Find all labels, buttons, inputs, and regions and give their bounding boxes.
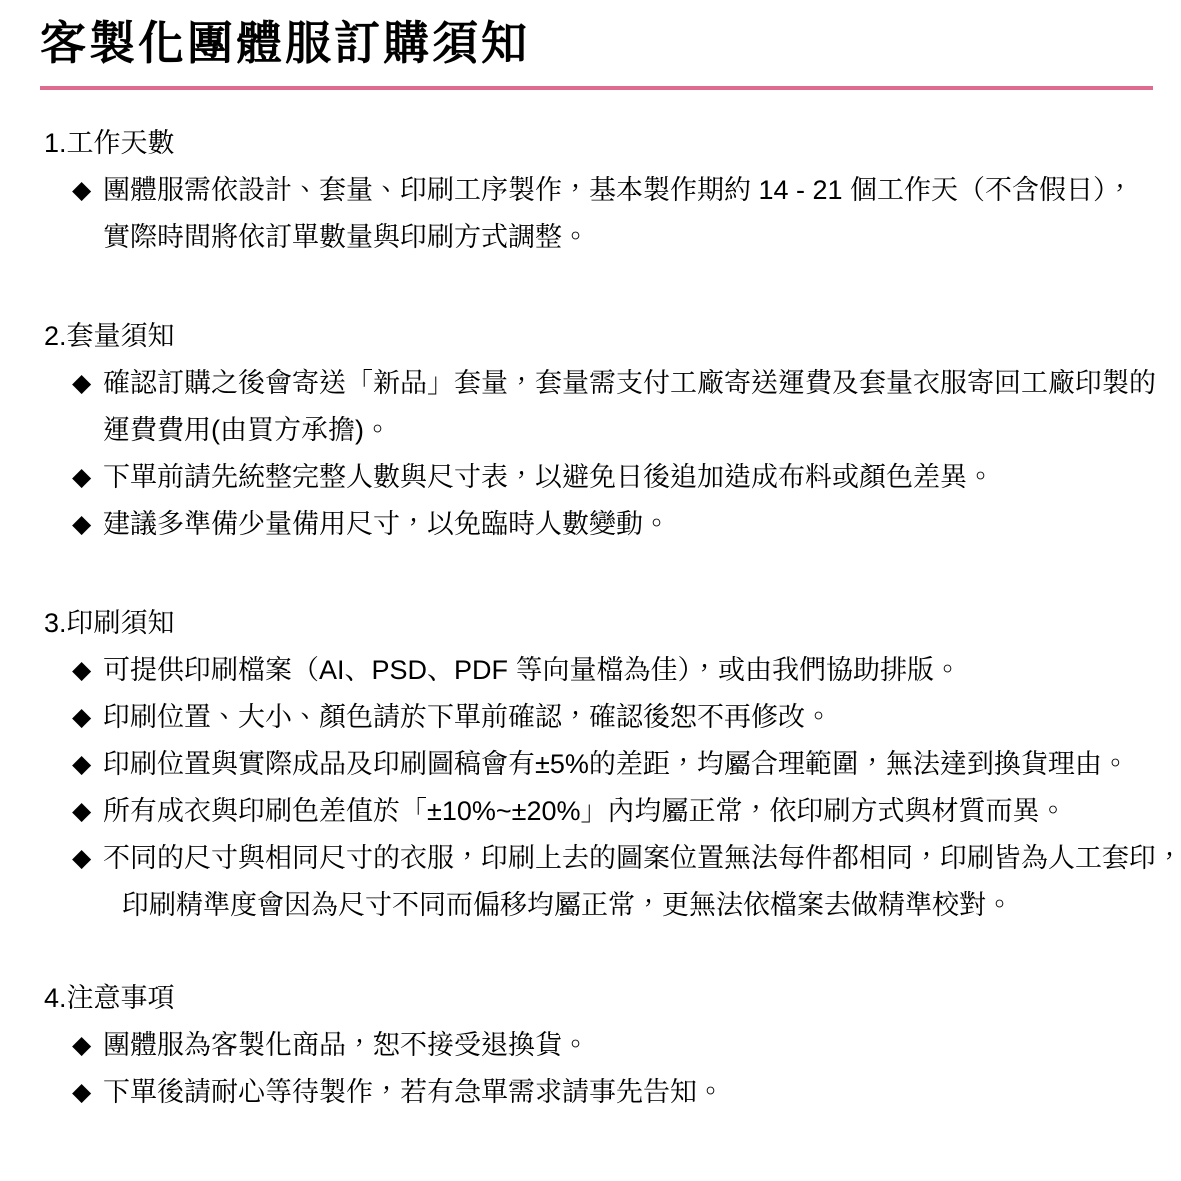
item-line: 團體服需依設計、套量、印刷工序製作，基本製作期約 14 - 21 個工作天（不含… <box>103 167 1134 214</box>
item-line: 團體服為客製化商品，恕不接受退換貨。 <box>103 1022 589 1069</box>
document-page: 客製化團體服訂購須知 1.工作天數 ◆ 團體服需依設計、套量、印刷工序製作，基本… <box>0 0 1181 1181</box>
item-line: 可提供印刷檔案（AI、PSD、PDF 等向量檔為佳），或由我們協助排版。 <box>103 647 961 694</box>
list-item: ◆ 可提供印刷檔案（AI、PSD、PDF 等向量檔為佳），或由我們協助排版。 <box>44 647 1161 694</box>
item-line: 下單後請耐心等待製作，若有急單需求請事先告知。 <box>103 1069 724 1116</box>
list-item: ◆ 團體服為客製化商品，恕不接受退換貨。 <box>44 1022 1161 1069</box>
diamond-bullet-icon: ◆ <box>72 454 103 501</box>
list-item: ◆ 下單前請先統整完整人數與尺寸表，以避免日後追加造成布料或顏色差異。 <box>44 454 1161 501</box>
diamond-bullet-icon: ◆ <box>72 360 103 407</box>
section-heading: 3.印刷須知 <box>44 600 1161 647</box>
section-precautions: 4.注意事項 ◆ 團體服為客製化商品，恕不接受退換貨。 ◆ 下單後請耐心等待製作… <box>44 975 1161 1116</box>
list-item: ◆ 下單後請耐心等待製作，若有急單需求請事先告知。 <box>44 1069 1161 1116</box>
diamond-bullet-icon: ◆ <box>72 741 103 788</box>
item-line: 印刷位置、大小、顏色請於下單前確認，確認後恕不再修改。 <box>103 694 832 741</box>
item-line-continuation: 實際時間將依訂單數量與印刷方式調整。 <box>44 214 1161 261</box>
list-item: ◆ 所有成衣與印刷色差值於「±10%~±20%」內均屬正常，依印刷方式與材質而異… <box>44 788 1161 835</box>
diamond-bullet-icon: ◆ <box>72 1022 103 1069</box>
section-heading: 2.套量須知 <box>44 313 1161 360</box>
diamond-bullet-icon: ◆ <box>72 835 103 882</box>
page-title: 客製化團體服訂購須知 <box>0 0 1181 70</box>
list-item: ◆ 印刷位置與實際成品及印刷圖稿會有±5%的差距，均屬合理範圍，無法達到換貨理由… <box>44 741 1161 788</box>
section-sizing-notes: 2.套量須知 ◆ 確認訂購之後會寄送「新品」套量，套量需支付工廠寄送運費及套量衣… <box>44 313 1161 548</box>
section-heading: 1.工作天數 <box>44 120 1161 167</box>
section-printing-notes: 3.印刷須知 ◆ 可提供印刷檔案（AI、PSD、PDF 等向量檔為佳），或由我們… <box>44 600 1161 929</box>
item-line-continuation: 運費費用(由買方承擔)。 <box>44 407 1161 454</box>
section-work-days: 1.工作天數 ◆ 團體服需依設計、套量、印刷工序製作，基本製作期約 14 - 2… <box>44 120 1161 261</box>
diamond-bullet-icon: ◆ <box>72 1069 103 1116</box>
list-item: ◆ 團體服需依設計、套量、印刷工序製作，基本製作期約 14 - 21 個工作天（… <box>44 167 1161 214</box>
diamond-bullet-icon: ◆ <box>72 167 103 214</box>
list-item: ◆ 印刷位置、大小、顏色請於下單前確認，確認後恕不再修改。 <box>44 694 1161 741</box>
item-line: 所有成衣與印刷色差值於「±10%~±20%」內均屬正常，依印刷方式與材質而異。 <box>103 788 1066 835</box>
item-line: 下單前請先統整完整人數與尺寸表，以避免日後追加造成布料或顏色差異。 <box>103 454 994 501</box>
list-item: ◆ 不同的尺寸與相同尺寸的衣服，印刷上去的圖案位置無法每件都相同，印刷皆為人工套… <box>44 835 1161 882</box>
diamond-bullet-icon: ◆ <box>72 501 103 548</box>
item-line: 印刷位置與實際成品及印刷圖稿會有±5%的差距，均屬合理範圍，無法達到換貨理由。 <box>103 741 1129 788</box>
diamond-bullet-icon: ◆ <box>72 694 103 741</box>
item-line: 確認訂購之後會寄送「新品」套量，套量需支付工廠寄送運費及套量衣服寄回工廠印製的 <box>103 360 1156 407</box>
item-line-continuation: 印刷精準度會因為尺寸不同而偏移均屬正常，更無法依檔案去做精準校對。 <box>44 882 1161 929</box>
title-underline <box>40 86 1153 90</box>
diamond-bullet-icon: ◆ <box>72 647 103 694</box>
section-heading: 4.注意事項 <box>44 975 1161 1022</box>
content: 1.工作天數 ◆ 團體服需依設計、套量、印刷工序製作，基本製作期約 14 - 2… <box>0 120 1181 1116</box>
diamond-bullet-icon: ◆ <box>72 788 103 835</box>
list-item: ◆ 確認訂購之後會寄送「新品」套量，套量需支付工廠寄送運費及套量衣服寄回工廠印製… <box>44 360 1161 407</box>
item-line: 不同的尺寸與相同尺寸的衣服，印刷上去的圖案位置無法每件都相同，印刷皆為人工套印， <box>103 835 1181 882</box>
item-line: 建議多準備少量備用尺寸，以免臨時人數變動。 <box>103 501 670 548</box>
list-item: ◆ 建議多準備少量備用尺寸，以免臨時人數變動。 <box>44 501 1161 548</box>
